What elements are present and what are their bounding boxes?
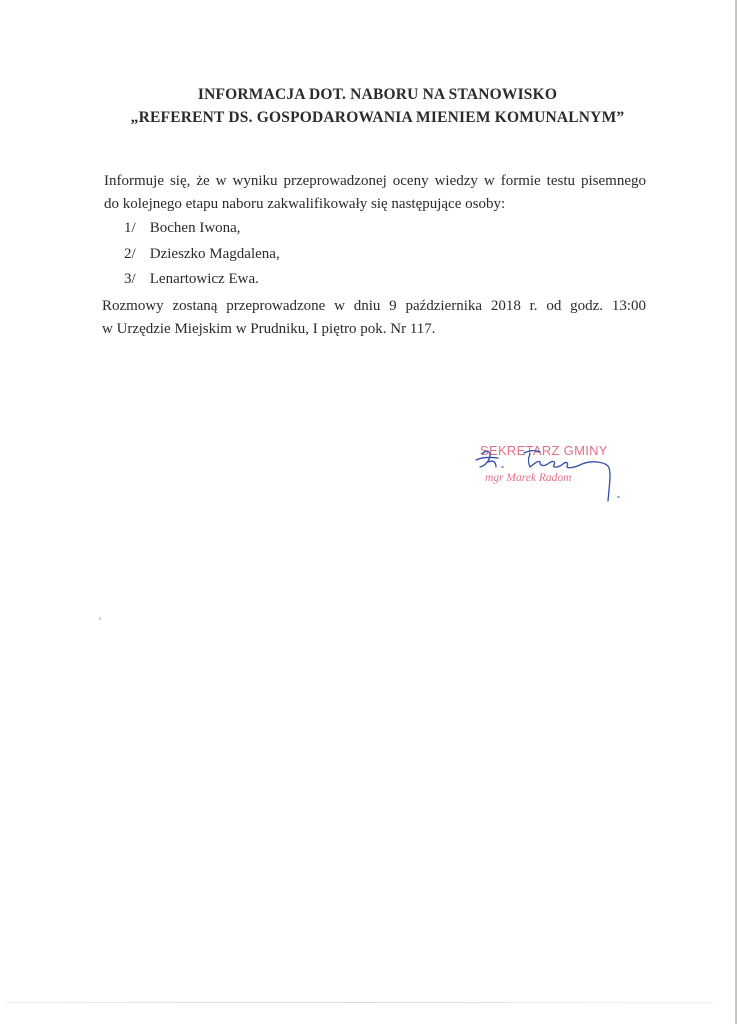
interview-line-2: w Urzędzie Miejskim w Prudniku, I piętro… [102,318,646,341]
intro-line-1: Informuje się, że w wyniku przeprowadzon… [104,170,646,193]
scanned-page: INFORMACJA DOT. NABORU NA STANOWISKO „RE… [0,0,737,1024]
intro-paragraph: Informuje się, że w wyniku przeprowadzon… [104,170,646,216]
list-item: 2/ Dzieszko Magdalena, [124,243,280,269]
document-title-line-2: „REFERENT DS. GOSPODAROWANIA MIENIEM KOM… [0,109,737,127]
list-item-number: 1/ [124,217,146,240]
intro-line-2: do kolejnego etapu naboru zakwalifikował… [104,193,646,216]
handwritten-signature-icon [474,440,624,505]
scan-bottom-edge [7,1002,713,1003]
list-item-number: 3/ [124,268,146,291]
document-title-line-1: INFORMACJA DOT. NABORU NA STANOWISKO [0,86,737,104]
candidate-list: 1/ Bochen Iwona, 2/ Dzieszko Magdalena, … [124,217,280,294]
list-item: 3/ Lenartowicz Ewa. [124,268,280,294]
candidate-name: Bochen Iwona, [150,220,241,236]
secretary-stamp: SEKRETARZ GMINY mgr Marek Radom [474,440,624,505]
list-item: 1/ Bochen Iwona, [124,217,280,243]
list-item-number: 2/ [124,243,146,266]
candidate-name: Lenartowicz Ewa. [150,271,259,287]
interview-line-1: Rozmowy zostaną przeprowadzone w dniu 9 … [102,295,646,318]
candidate-name: Dzieszko Magdalena, [150,246,280,262]
interview-paragraph: Rozmowy zostaną przeprowadzone w dniu 9 … [102,295,646,341]
scan-speck [99,617,101,620]
